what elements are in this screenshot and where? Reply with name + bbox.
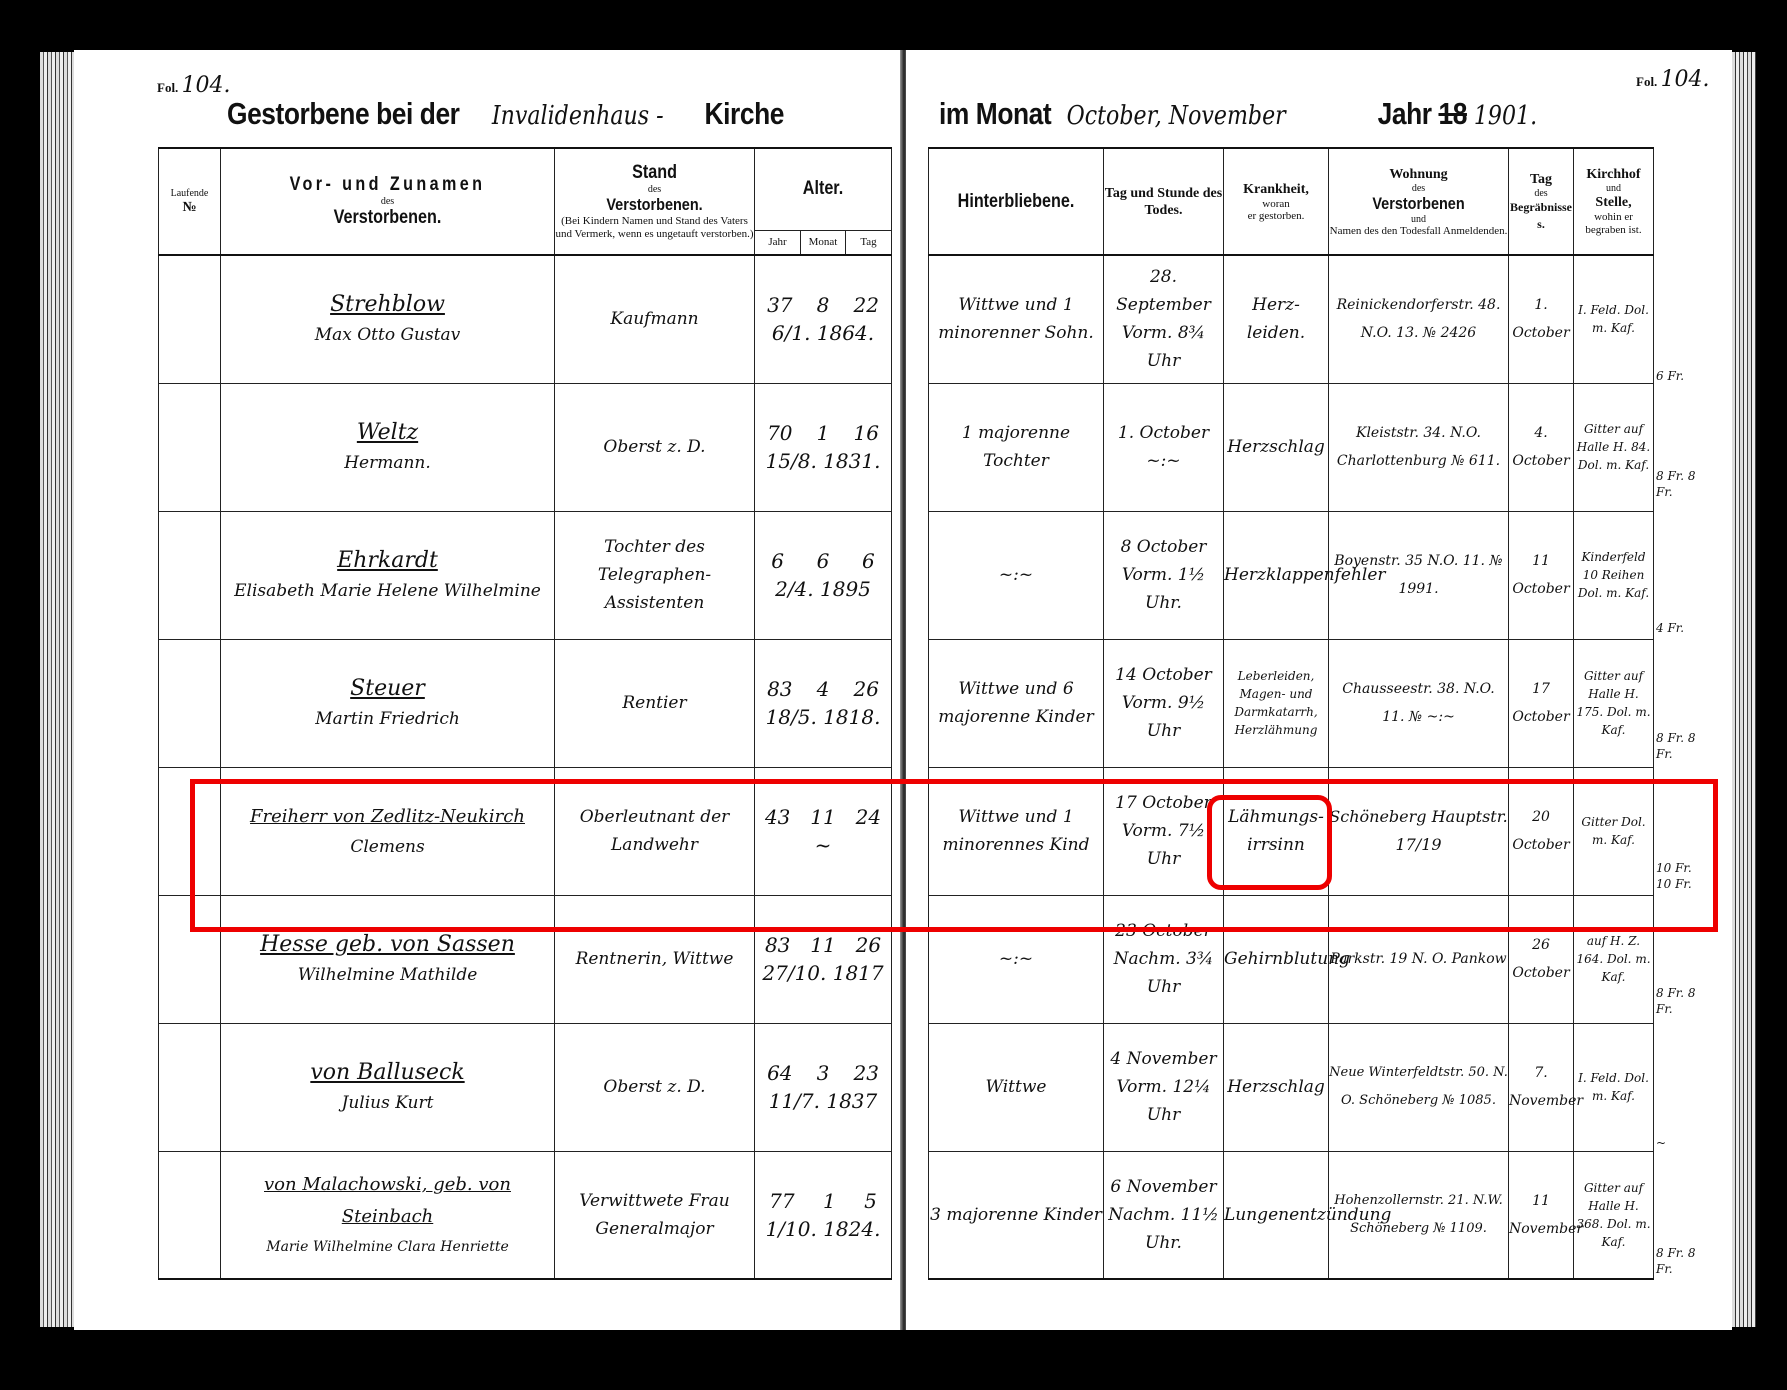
folio-right: Fol. 104. <box>1636 67 1710 92</box>
age: 7011615/8. 1831. <box>755 383 892 511</box>
table-row: WeltzHermann. Oberst z. D. 7011615/8. 18… <box>159 383 892 511</box>
deceased-name: von BalluseckJulius Kurt <box>221 1023 555 1151</box>
survivors: ~:~ <box>929 511 1104 639</box>
deceased-name: WeltzHermann. <box>221 383 555 511</box>
birth-date: 18/5. 1818. <box>755 703 891 731</box>
register-table-right: Hinterbliebene. Tag und Stunde des Todes… <box>928 147 1654 1280</box>
header-hinterbliebene: Hinterbliebene. <box>929 148 1104 255</box>
deceased-name: von Malachowski, geb. von SteinbachMarie… <box>221 1151 555 1279</box>
burial-date: 17 October <box>1509 639 1574 767</box>
birth-date: 27/10. 1817 <box>755 959 891 987</box>
cemetery-plot: Gitter auf Halle H. 84. Dol. m. Kaf. <box>1574 383 1654 511</box>
margin-fee-note: 6 Fr. <box>1656 368 1684 384</box>
header-tag-stunde: Tag und Stunde des Todes. <box>1104 148 1224 255</box>
deceased-stand: Oberst z. D. <box>555 383 755 511</box>
table-row: StrehblowMax Otto Gustav Kaufmann 378226… <box>159 255 892 383</box>
age: 77151/10. 1824. <box>755 1151 892 1279</box>
table-row: ~:~ 8 October Vorm. 1½ Uhr. Herzklappenf… <box>929 511 1654 639</box>
entry-number <box>159 383 221 511</box>
deceased-stand: Oberst z. D. <box>555 1023 755 1151</box>
header-krankheit: Krankheit, woran er gestorben. <box>1224 148 1329 255</box>
margin-fee-note: 8 Fr. 8 Fr. <box>1656 730 1696 762</box>
cause-of-death: Herzschlag <box>1224 383 1329 511</box>
margin-fee-note: 8 Fr. 8 Fr. <box>1656 468 1696 500</box>
deceased-stand: Tochter des Telegraphen-Assistenten <box>555 511 755 639</box>
death-date-time: 28. September Vorm. 8¾ Uhr <box>1104 255 1224 383</box>
age: 6432311/7. 1837 <box>755 1023 892 1151</box>
deceased-name: StrehblowMax Otto Gustav <box>221 255 555 383</box>
left-page: Fol. 104. Gestorbene bei der Invalidenha… <box>74 50 906 1330</box>
death-date-time: 1. October ~:~ <box>1104 383 1224 511</box>
death-date-time: 4 November Vorm. 12¼ Uhr <box>1104 1023 1224 1151</box>
cause-of-death: Herzschlag <box>1224 1023 1329 1151</box>
table-row: Wittwe 4 November Vorm. 12¼ Uhr Herzschl… <box>929 1023 1654 1151</box>
entry-number <box>159 1151 221 1279</box>
birth-date: 6/1. 1864. <box>755 319 891 347</box>
header-monat: Monat <box>801 230 846 255</box>
cemetery-plot: Kinderfeld 10 Reihen Dol. m. Kaf. <box>1574 511 1654 639</box>
table-row: von Malachowski, geb. von SteinbachMarie… <box>159 1151 892 1279</box>
deceased-stand: Verwittwete Frau Generalmajor <box>555 1151 755 1279</box>
birth-date: 1/10. 1824. <box>755 1215 891 1243</box>
margin-fee-note: 8 Fr. 8 Fr. <box>1656 985 1696 1017</box>
margin-fee-note: 8 Fr. 8 Fr. <box>1656 1245 1696 1277</box>
age: 378226/1. 1864. <box>755 255 892 383</box>
survivors: 3 majorenne Kinder <box>929 1151 1104 1279</box>
deceased-stand: Rentier <box>555 639 755 767</box>
table-row: SteuerMartin Friedrich Rentier 8342618/5… <box>159 639 892 767</box>
burial-date: 1. October <box>1509 255 1574 383</box>
birth-date: 11/7. 1837 <box>755 1087 891 1115</box>
month-value: October, November <box>1067 101 1286 131</box>
folio-left: Fol. 104. <box>157 73 231 98</box>
table-row: EhrkardtElisabeth Marie Helene Wilhelmin… <box>159 511 892 639</box>
cause-of-death: Leberleiden, Magen- und Darmkatarrh, Her… <box>1224 639 1329 767</box>
cemetery-plot: I. Feld. Dol. m. Kaf. <box>1574 255 1654 383</box>
register-table-left: Laufende № Vor- und Zunamen des Verstorb… <box>158 147 892 1280</box>
deceased-name: EhrkardtElisabeth Marie Helene Wilhelmin… <box>221 511 555 639</box>
residence: Hohenzollernstr. 21. N.W. Schöneberg № 1… <box>1329 1151 1509 1279</box>
cemetery-plot: I. Feld. Dol. m. Kaf. <box>1574 1023 1654 1151</box>
margin-fee-note: 4 Fr. <box>1656 620 1684 636</box>
residence: Reinickendorferstr. 48. N.O. 13. № 2426 <box>1329 255 1509 383</box>
page-title-right: im Monat October, November Jahr 18 1901. <box>939 96 1537 132</box>
birth-date: 2/4. 1895 <box>755 575 891 603</box>
deceased-name: SteuerMartin Friedrich <box>221 639 555 767</box>
book-edge-left <box>40 52 76 1327</box>
residence: Chausseestr. 38. N.O. 11. № ~:~ <box>1329 639 1509 767</box>
table-row: von BalluseckJulius Kurt Oberst z. D. 64… <box>159 1023 892 1151</box>
entry-number <box>159 511 221 639</box>
burial-date: 11 November <box>1509 1151 1574 1279</box>
church-name: Invalidenhaus - <box>492 101 664 131</box>
residence: Neue Winterfeldtstr. 50. N. O. Schöneber… <box>1329 1023 1509 1151</box>
table-row: Wittwe und 6 majorenne Kinder 14 October… <box>929 639 1654 767</box>
survivors: Wittwe und 6 majorenne Kinder <box>929 639 1104 767</box>
age: 8342618/5. 1818. <box>755 639 892 767</box>
entry-number <box>159 639 221 767</box>
cemetery-plot: Gitter auf Halle H. 368. Dol. m. Kaf. <box>1574 1151 1654 1279</box>
age: 6662/4. 1895 <box>755 511 892 639</box>
header-tag: Tag <box>846 230 892 255</box>
year-value: 1901. <box>1474 101 1537 131</box>
table-row: Wittwe und 1 minorenner Sohn. 28. Septem… <box>929 255 1654 383</box>
entry-number <box>159 1023 221 1151</box>
header-laufende-nr: Laufende № <box>159 148 221 255</box>
entry-number <box>159 255 221 383</box>
survivors: Wittwe und 1 minorenner Sohn. <box>929 255 1104 383</box>
birth-date: 15/8. 1831. <box>755 447 891 475</box>
margin-fee-note: ~ <box>1656 1135 1666 1151</box>
residence: Kleiststr. 34. N.O. Charlottenburg № 611… <box>1329 383 1509 511</box>
table-row: 3 majorenne Kinder 6 November Nachm. 11½… <box>929 1151 1654 1279</box>
header-kirchhof: Kirchhof und Stelle, wohin er begraben i… <box>1574 148 1654 255</box>
book-edge-right <box>1728 52 1756 1327</box>
cause-of-death: Herz- leiden. <box>1224 255 1329 383</box>
header-alter: Alter. <box>755 148 892 230</box>
death-date-time: 8 October Vorm. 1½ Uhr. <box>1104 511 1224 639</box>
death-date-time: 6 November Nachm. 11½ Uhr. <box>1104 1151 1224 1279</box>
burial-date: 11 October <box>1509 511 1574 639</box>
cause-of-death: Herzklappenfehler <box>1224 511 1329 639</box>
header-begraebnis: Tag des Begräbnisses. <box>1509 148 1574 255</box>
burial-date: 4. October <box>1509 383 1574 511</box>
header-jahr: Jahr <box>755 230 801 255</box>
deceased-stand: Kaufmann <box>555 255 755 383</box>
highlight-row-annotation <box>190 779 1718 932</box>
table-row: 1 majorenne Tochter 1. October ~:~ Herzs… <box>929 383 1654 511</box>
highlight-cause-annotation <box>1207 795 1332 890</box>
header-stand: Stand des Verstorbenen. (Bei Kindern Nam… <box>555 148 755 255</box>
header-names: Vor- und Zunamen des Verstorbenen. <box>221 148 555 255</box>
page-title-left: Gestorbene bei der Invalidenhaus - Kirch… <box>227 96 784 132</box>
header-wohnung: Wohnung des Verstorbenen und Namen des d… <box>1329 148 1509 255</box>
right-page: im Monat October, November Jahr 18 1901.… <box>906 50 1732 1330</box>
death-date-time: 14 October Vorm. 9½ Uhr <box>1104 639 1224 767</box>
cemetery-plot: Gitter auf Halle H. 175. Dol. m. Kaf. <box>1574 639 1654 767</box>
survivors: 1 majorenne Tochter <box>929 383 1104 511</box>
burial-date: 7. November <box>1509 1023 1574 1151</box>
cause-of-death: Lungenentzündung <box>1224 1151 1329 1279</box>
survivors: Wittwe <box>929 1023 1104 1151</box>
